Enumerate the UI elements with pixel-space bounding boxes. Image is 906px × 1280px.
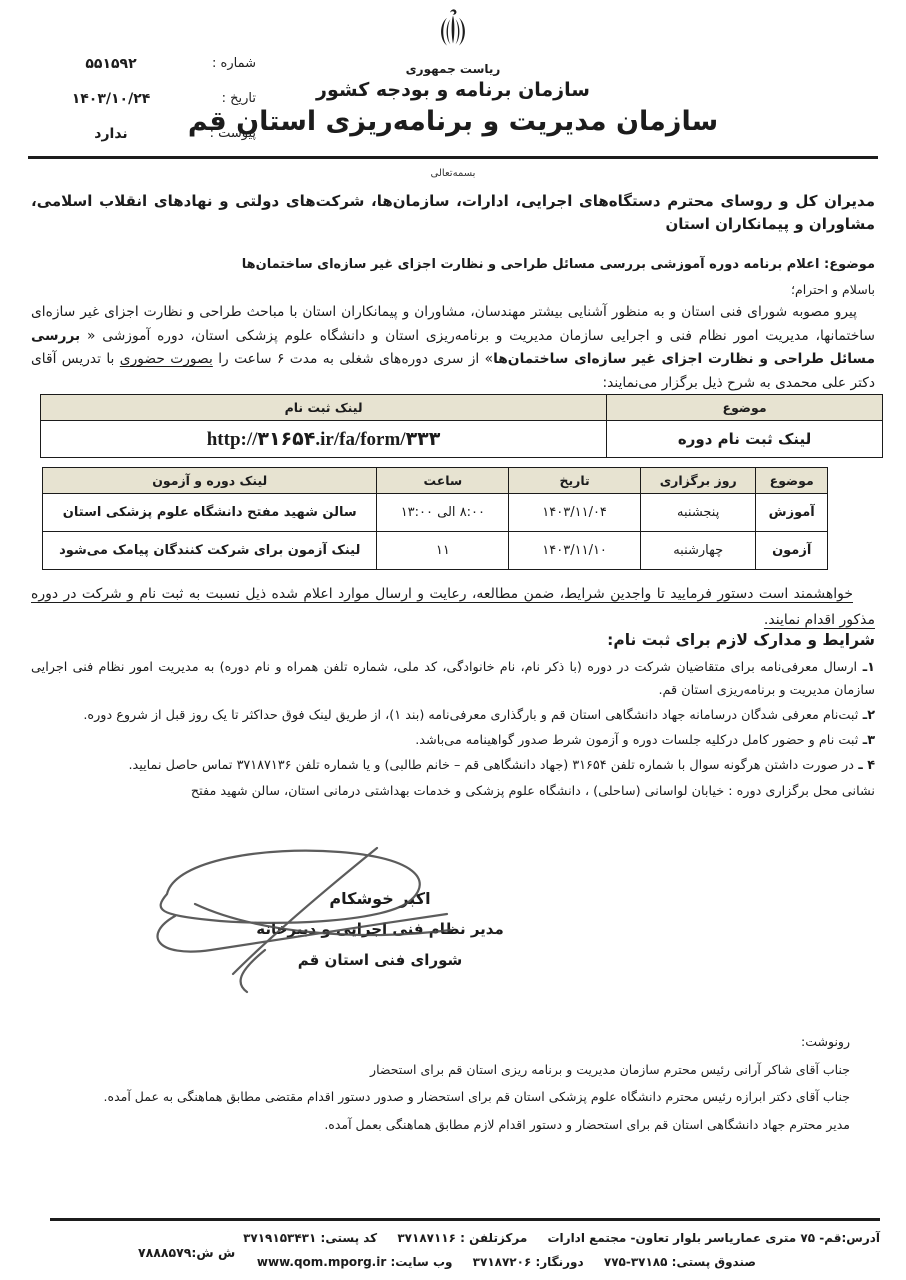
recipient-line: مدیران کل و روسای محترم دستگاه‌های اجرای…	[31, 190, 875, 236]
footer-postal-value: ۳۷۱۹۱۵۳۴۳۱	[243, 1231, 316, 1245]
cc-lines: جناب آقای شاکر آرانی رئیس محترم سازمان م…	[60, 1056, 850, 1139]
table-cell: آموزش	[756, 494, 828, 532]
footer-tel-value: ۳۷۱۸۷۱۱۶	[397, 1231, 456, 1245]
subject-text: اعلام برنامه دوره آموزشی بررسی مسائل طرا…	[242, 257, 824, 272]
condition-number: ۴ ـ	[854, 758, 875, 773]
conditions-title: شرایط و مدارک لازم برای ثبت نام:	[31, 631, 875, 649]
footer-fax-value: ۳۷۱۸۷۲۰۶	[473, 1255, 532, 1269]
column-header: تاریخ	[509, 468, 641, 494]
intro-paragraph: پیرو مصوبه شورای فنی استان و به منظور آش…	[31, 301, 875, 395]
text-segment: پیرو مصوبه شورای فنی استان و به منظور آش…	[31, 304, 875, 344]
footer-web-value: www.qom.mporg.ir	[257, 1255, 386, 1269]
footer-pobox-value: ۷۷۵-۳۷۱۸۵	[604, 1255, 668, 1269]
condition-text: ارسال معرفی‌نامه برای متقاضیان شرکت در د…	[31, 660, 875, 698]
footer-tel-label: مرکزتلفن :	[460, 1231, 527, 1245]
footer-pobox-label: صندوق پستی:	[672, 1255, 756, 1269]
request-paragraph: خواهشمند است دستور فرمایید تا واجدین شرا…	[31, 581, 875, 633]
column-header: موضوع	[607, 395, 883, 421]
list-item: جناب آقای دکتر ابرازه رئیس محترم دانشگاه…	[60, 1083, 850, 1111]
table-row: لینک ثبت نام دورهhttp://۳۱۶۵۴.ir/fa/form…	[41, 421, 883, 458]
footer-address-line: آدرس:قم- ۷۵ متری عماریاسر بلوار تعاون- م…	[40, 1231, 880, 1245]
column-header: موضوع	[756, 468, 828, 494]
condition-number: ۳ـ	[858, 733, 875, 748]
list-item: جناب آقای شاکر آرانی رئیس محترم سازمان م…	[60, 1056, 850, 1084]
condition-number: ۱ـ	[857, 660, 875, 675]
table-row: آزمونچهارشنبه۱۴۰۳/۱۱/۱۰۱۱لینک آزمون برای…	[43, 532, 828, 570]
table-cell: لینک آزمون برای شرکت کنندگان پیامک می‌شو…	[43, 532, 377, 570]
condition-item: ۳ـ ثبت نام و حضور کامل درکلیه جلسات دوره…	[31, 729, 875, 752]
letterhead: ریاست جمهوری سازمان برنامه و بودجه کشور …	[0, 6, 906, 137]
subject-line: موضوع: اعلام برنامه دوره آموزشی بررسی مس…	[31, 257, 875, 272]
registration-link-table: موضوعلینک ثبت ناملینک ثبت نام دورهhttp:/…	[40, 394, 883, 458]
table-cell: http://۳۱۶۵۴.ir/fa/form/۳۳۳	[41, 421, 607, 458]
conditions-items: ۱ـ ارسال معرفی‌نامه برای متقاضیان شرکت د…	[31, 656, 875, 777]
condition-item: ۲ـ ثبت‌نام معرفی شدگان درسامانه جهاد دان…	[31, 704, 875, 727]
table-cell: آزمون	[756, 532, 828, 570]
table-row: آموزشپنجشنبه۱۴۰۳/۱۱/۰۴۸:۰۰ الی ۱۳:۰۰سالن…	[43, 494, 828, 532]
header-row: موضوعلینک ثبت نام	[41, 395, 883, 421]
list-item: مدیر محترم جهاد دانشگاهی استان قم برای ا…	[60, 1111, 850, 1139]
conditions-list: ۱ـ ارسال معرفی‌نامه برای متقاضیان شرکت د…	[31, 656, 875, 803]
besmele-script: بسمه‌تعالی	[0, 168, 906, 179]
footer-divider	[50, 1218, 880, 1221]
org-national-title: سازمان برنامه و بودجه کشور	[0, 79, 906, 101]
table-cell: ۸:۰۰ الی ۱۳:۰۰	[377, 494, 509, 532]
condition-item: ۴ ـ در صورت داشتن هرگونه سوال با شماره ت…	[31, 754, 875, 777]
scanned-letter: شماره : ۵۵۱۵۹۲ تاریخ : ۱۴۰۳/۱۰/۲۴ پیوست …	[0, 0, 906, 1280]
footer-fax-label: دورنگار:	[535, 1255, 583, 1269]
table-cell: پنجشنبه	[640, 494, 755, 532]
footer-postal-label: کد پستی:	[321, 1231, 378, 1245]
table-cell: سالن شهید مفتح دانشگاه علوم پزشکی استان	[43, 494, 377, 532]
subject-label: موضوع:	[824, 257, 875, 272]
org-parent-title: ریاست جمهوری	[0, 62, 906, 76]
cc-section: رونوشت: جناب آقای شاکر آرانی رئیس محترم …	[60, 1028, 850, 1138]
footer-web-label: وب سایت:	[390, 1255, 452, 1269]
org-province-title: سازمان مدیریت و برنامه‌ریزی استان قم	[0, 106, 906, 137]
iran-emblem-icon	[431, 41, 475, 60]
table-cell: چهارشنبه	[640, 532, 755, 570]
column-header: لینک دوره و آزمون	[43, 468, 377, 494]
table-cell: لینک ثبت نام دوره	[607, 421, 883, 458]
header-row: موضوعروز برگزاریتاریخساعتلینک دوره و آزم…	[43, 468, 828, 494]
table-cell: ۱۴۰۳/۱۱/۱۰	[509, 532, 641, 570]
header-divider	[28, 156, 878, 159]
table-cell: ۱۱	[377, 532, 509, 570]
column-header: روز برگزاری	[640, 468, 755, 494]
cc-label: رونوشت:	[60, 1028, 850, 1056]
condition-text: ثبت نام و حضور کامل درکلیه جلسات دوره و …	[415, 733, 858, 748]
text-segment: بصورت حضوری	[120, 351, 213, 367]
column-header: ساعت	[377, 468, 509, 494]
footer-address: آدرس:قم- ۷۵ متری عماریاسر بلوار تعاون- م…	[547, 1231, 880, 1245]
schedule-table: موضوعروز برگزاریتاریخساعتلینک دوره و آزم…	[42, 467, 828, 570]
handwritten-signature-icon	[115, 842, 500, 1004]
condition-number: ۲ـ	[858, 708, 875, 723]
condition-item: ۱ـ ارسال معرفی‌نامه برای متقاضیان شرکت د…	[31, 656, 875, 702]
condition-text: ثبت‌نام معرفی شدگان درسامانه جهاد دانشگا…	[83, 708, 858, 723]
venue-line: نشانی محل برگزاری دوره : خیابان لواسانی …	[31, 780, 875, 803]
text-segment: » از سری دوره‌های شغلی به مدت ۶ ساعت را	[213, 351, 493, 367]
tracking-number: ش ش:۷۸۸۸۵۷۹	[138, 1245, 235, 1260]
table-cell: ۱۴۰۳/۱۱/۰۴	[509, 494, 641, 532]
condition-text: در صورت داشتن هرگونه سوال با شماره تلفن …	[128, 758, 853, 773]
column-header: لینک ثبت نام	[41, 395, 607, 421]
salutation: باسلام و احترام؛	[31, 282, 875, 297]
